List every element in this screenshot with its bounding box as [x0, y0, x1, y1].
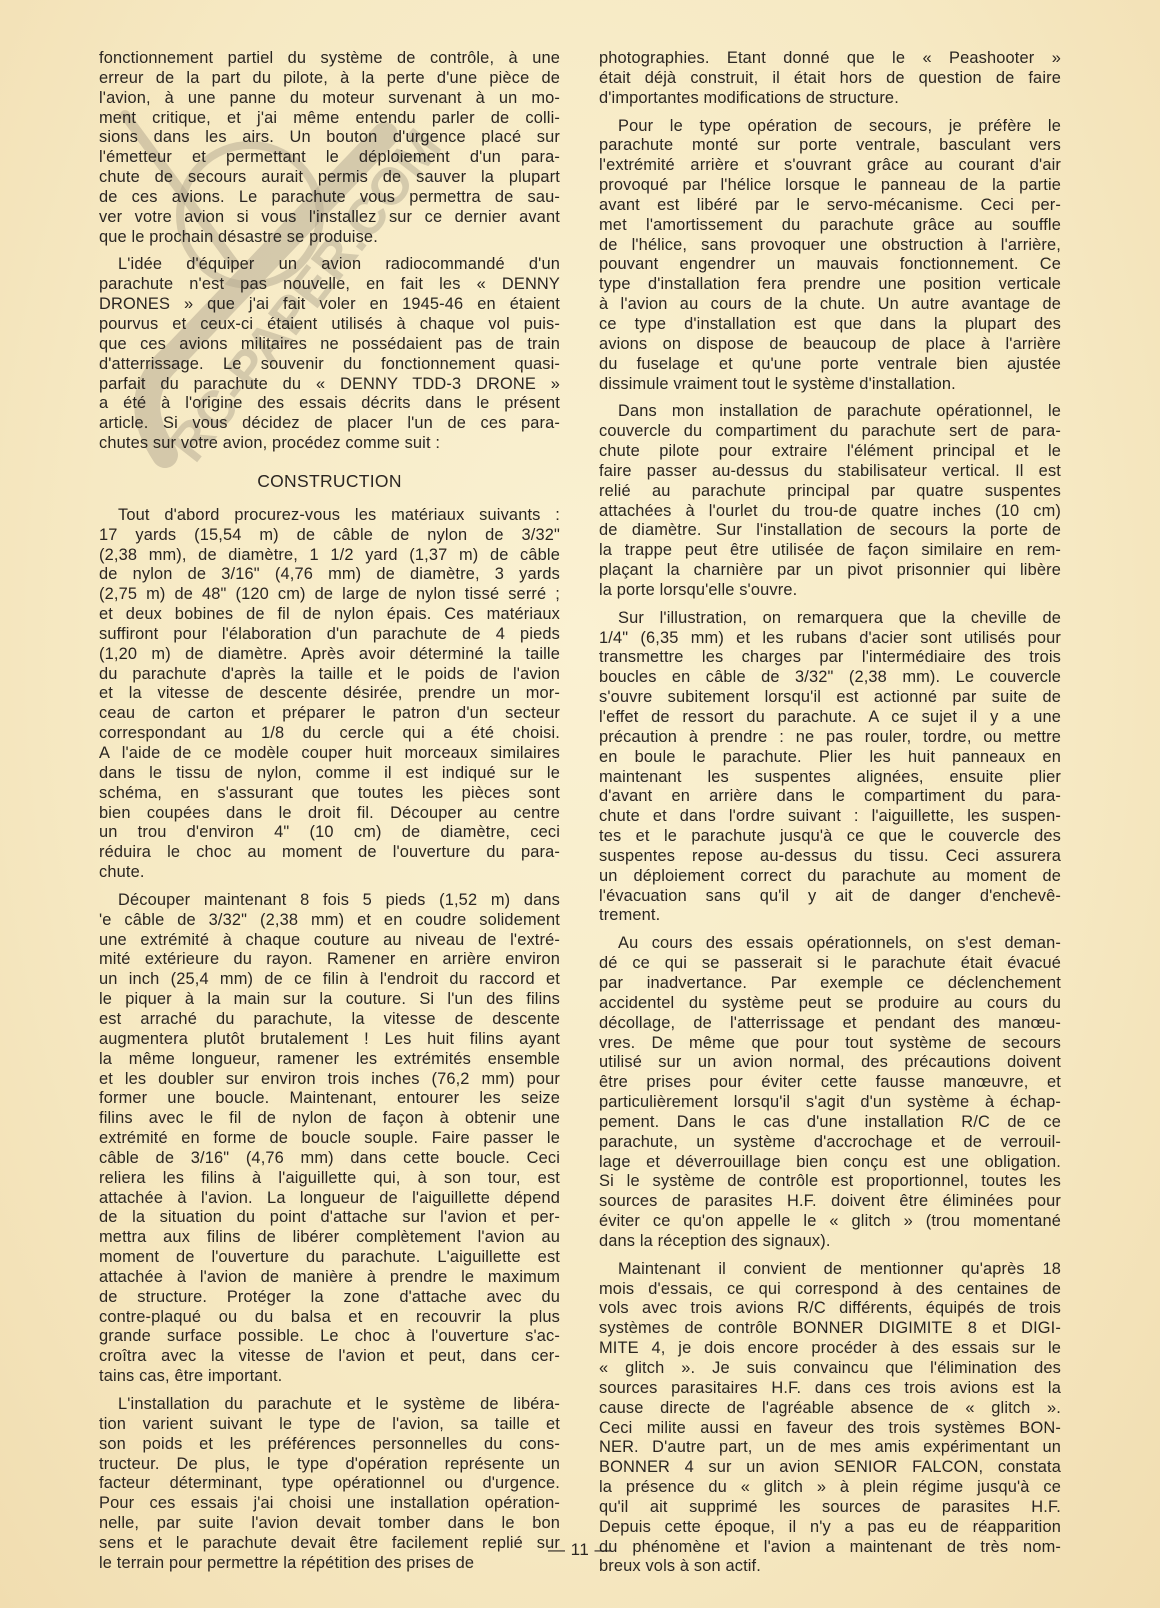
text-line: pouvant engendrer un mauvais fonctionnem… [599, 255, 1061, 275]
text-line: éviter ce qu'on appelle le « glitch » (t… [599, 1212, 1061, 1232]
text-line: câble de 3/16" (4,76 mm) dans cette bouc… [99, 1149, 560, 1169]
text-line: sources parasitaires H.F. dans ces trois… [599, 1379, 1061, 1399]
text-line: provoqué par l'hélice lorsque le panneau… [599, 176, 1061, 196]
text-line: est arraché du parachute, la vitesse de … [99, 1010, 560, 1030]
text-line: DRONES » que j'ai fait voler en 1945-46 … [99, 295, 560, 315]
text-line: augmentera plutôt brutalement ! Les huit… [99, 1030, 560, 1050]
text-line: breux vols à son actif. [599, 1557, 1061, 1577]
text-line: par inadvertance. Par exemple ce déclenc… [599, 974, 1061, 994]
text-line: d'avant en arrière dans le compartiment … [599, 787, 1061, 807]
text-line: la même longueur, ramener les extrémités… [99, 1050, 560, 1070]
text-line: moment de l'ouverture du parachute. L'ai… [99, 1248, 560, 1268]
text-line: de ces avions. Le parachute vous permett… [99, 188, 560, 208]
text-line: relié au parachute principal par quatre … [599, 482, 1061, 502]
text-line: accidentel du système peut se produire a… [599, 994, 1061, 1014]
page-number: — 11 — [0, 1540, 1160, 1560]
text-line: contre-plaqué ou du balsa et en recouvri… [99, 1308, 560, 1328]
text-line: l'émetteur et permettant le déploiement … [99, 148, 560, 168]
text-line: attachée à l'avion. La longueur de l'aig… [99, 1189, 560, 1209]
section-heading: CONSTRUCTION [99, 472, 560, 494]
text-line: (1,20 m) de diamètre. Après avoir déterm… [99, 645, 560, 665]
text-line: pourvus et ceux-ci étaient utilisés à ch… [99, 315, 560, 335]
text-line: avions on dispose de beaucoup de place à… [599, 335, 1061, 355]
text-line: grande surface possible. Le choc à l'ouv… [99, 1327, 560, 1347]
text-line: chute et dans l'ordre suivant : l'aiguil… [599, 807, 1061, 827]
text-line: suffiront pour l'élaboration d'un parach… [99, 625, 560, 645]
text-line: tes et le parachute jusqu'à ce que le co… [599, 827, 1061, 847]
text-line: ment critique, et j'ai même entendu parl… [99, 109, 560, 129]
text-line: chute pilote pour extraire l'élément pri… [599, 442, 1061, 462]
text-line: dans la réception des signaux). [599, 1232, 1061, 1252]
text-line: avant est libéré par le servo-mécanisme.… [599, 196, 1061, 216]
text-line: facteur déterminant, type opérationnel o… [99, 1474, 560, 1494]
text-line: attachées à l'ourlet du trou-de quatre i… [599, 502, 1061, 522]
paragraph: Dans mon installation de parachute opéra… [599, 402, 1061, 600]
text-line: mité extérieure du rayon. Ramener en arr… [99, 950, 560, 970]
text-line: mois d'essais, ce qui correspond à des c… [599, 1280, 1061, 1300]
left-column: fonctionnement partiel du système de con… [99, 49, 560, 1582]
text-line: met l'amortissement du parachute grâce a… [599, 216, 1061, 236]
text-line: mettra aux filins de libérer complètemen… [99, 1228, 560, 1248]
text-line: du fuselage et qu'une porte ventrale bie… [599, 355, 1061, 375]
text-line: et la vitesse de descente désirée, prend… [99, 684, 560, 704]
text-line: à l'avion au cours de la chute. Un autre… [599, 295, 1061, 315]
text-line: l'avion, à une panne du moteur survenant… [99, 89, 560, 109]
text-line: tains cas, être important. [99, 1367, 560, 1387]
right-column: photographies. Etant donné que le « Peas… [599, 49, 1061, 1585]
text-line: L'installation du parachute et le systèm… [99, 1395, 560, 1415]
text-line: Maintenant il convient de mentionner qu'… [599, 1260, 1061, 1280]
text-line: BONNER 4 sur un avion SENIOR FALCON, con… [599, 1458, 1061, 1478]
text-line: tructeur. De plus, le type d'opération r… [99, 1455, 560, 1475]
text-line: parachute n'est pas nouvelle, en fait le… [99, 275, 560, 295]
text-line: plaçant la charnière par un pivot prison… [599, 561, 1061, 581]
text-line: sions dans les airs. Un bouton d'urgence… [99, 128, 560, 148]
text-line: parachute, un système d'accrochage et de… [599, 1133, 1061, 1153]
paragraph: Sur l'illustration, on remarquera que la… [599, 609, 1061, 927]
text-line: systèmes de contrôle BONNER DIGIMITE 8 e… [599, 1319, 1061, 1339]
text-line: former une boucle. Maintenant, entourer … [99, 1089, 560, 1109]
text-line: ce type d'installation est que dans la p… [599, 315, 1061, 335]
text-line: sources de parasites H.F. doivent être é… [599, 1192, 1061, 1212]
text-line: d'importantes modifications de structure… [599, 89, 1061, 109]
text-line: dissimule vraiment tout le système d'ins… [599, 375, 1061, 395]
paragraph: Pour le type opération de secours, je pr… [599, 117, 1061, 395]
text-line: a été à l'origine des essais décrits dan… [99, 394, 560, 414]
text-line: bien coupées dans le droit fil. Découper… [99, 804, 560, 824]
text-line: Découper maintenant 8 fois 5 pieds (1,52… [99, 891, 560, 911]
text-line: d'atterrissage. Le souvenir du fonctionn… [99, 355, 560, 375]
text-line: nelle, par suite l'avion devait tomber d… [99, 1514, 560, 1534]
paragraph: Découper maintenant 8 fois 5 pieds (1,52… [99, 891, 560, 1387]
text-line: particulièrement lorsqu'il s'agit d'un s… [599, 1093, 1061, 1113]
text-line: utilisé sur un avion normal, des précaut… [599, 1053, 1061, 1073]
text-line: ceau de carton et préparer le patron d'u… [99, 704, 560, 724]
text-line: couvercle du compartiment du parachute s… [599, 422, 1061, 442]
text-line: parfait du parachute du « DENNY TDD-3 DR… [99, 375, 560, 395]
paragraph: fonctionnement partiel du système de con… [99, 49, 560, 247]
text-line: la présence du « glitch » à plein régime… [599, 1478, 1061, 1498]
text-line: l'extrémité arrière et s'ouvrant grâce a… [599, 156, 1061, 176]
paragraph: L'idée d'équiper un avion radiocommandé … [99, 255, 560, 453]
text-line: un inch (25,4 mm) de ce filin à l'endroi… [99, 970, 560, 990]
text-line: un trou d'environ 4" (10 cm) de diamètre… [99, 823, 560, 843]
text-line: L'idée d'équiper un avion radiocommandé … [99, 255, 560, 275]
text-line: type d'installation fera prendre une pos… [599, 275, 1061, 295]
text-line: chutes sur votre avion, procédez comme s… [99, 434, 560, 454]
text-line: était déjà construit, il était hors de q… [599, 69, 1061, 89]
text-line: de nylon de 3/16" (4,76 mm) de diamètre,… [99, 565, 560, 585]
text-line: de l'hélice, sans provoquer une obstruct… [599, 236, 1061, 256]
paragraph: Tout d'abord procurez-vous les matériaux… [99, 506, 560, 883]
text-line: le piquer à la main sur la couture. Si l… [99, 990, 560, 1010]
text-line: A l'aide de ce modèle couper huit morcea… [99, 744, 560, 764]
text-line: parachute monté sur porte ventrale, basc… [599, 136, 1061, 156]
text-line: 1/4" (6,35 mm) et les rubans d'acier son… [599, 629, 1061, 649]
text-line: correspondant au 1/8 du cercle qui a été… [99, 724, 560, 744]
text-line: trement. [599, 906, 1061, 926]
text-line: pement. Dans le cas d'une installation R… [599, 1113, 1061, 1133]
text-line: reliera les filins à l'aiguillette qui, … [99, 1169, 560, 1189]
text-line: chute de secours aurait permis de sauver… [99, 168, 560, 188]
text-line: la trappe peut être utilisée de façon si… [599, 541, 1061, 561]
text-line: Depuis cette époque, il n'y a pas eu de … [599, 1518, 1061, 1538]
text-line: vols avec trois avions R/C différents, é… [599, 1299, 1061, 1319]
text-line: une extrémité à chaque couture au niveau… [99, 931, 560, 951]
text-line: Dans mon installation de parachute opéra… [599, 402, 1061, 422]
paragraph: Au cours des essais opérationnels, on s'… [599, 934, 1061, 1252]
text-line: cause directe de l'agréable absence de «… [599, 1399, 1061, 1419]
text-line: de la situation du point d'attache sur l… [99, 1208, 560, 1228]
text-line: lage et déverrouillage bien conçu est un… [599, 1153, 1061, 1173]
text-line: que ces avions militaires ne possédaient… [99, 335, 560, 355]
text-line: fonctionnement partiel du système de con… [99, 49, 560, 69]
text-line: tion varient suivant le type de l'avion,… [99, 1415, 560, 1435]
text-line: l'évacuation sans qu'il y ait de danger … [599, 887, 1061, 907]
text-line: Au cours des essais opérationnels, on s'… [599, 934, 1061, 954]
text-line: erreur de la part du pilote, à la perte … [99, 69, 560, 89]
text-line: qu'il ait supprimé les sources de parasi… [599, 1498, 1061, 1518]
text-line: de diamètre. Sur l'installation de secou… [599, 521, 1061, 541]
text-line: croîtra avec la vitesse de l'avion et pe… [99, 1347, 560, 1367]
text-line: de structure. Protéger la zone d'attache… [99, 1288, 560, 1308]
text-line: que le prochain désastre se produise. [99, 228, 560, 248]
text-line: vres. De même que pour tout système de s… [599, 1034, 1061, 1054]
text-line: schéma, en s'assurant que toutes les piè… [99, 784, 560, 804]
text-line: article. Si vous décidez de placer l'un … [99, 414, 560, 434]
text-line: filins avec le fil de nylon de façon à o… [99, 1109, 560, 1129]
text-line: dé ce qui se passerait si le parachute é… [599, 954, 1061, 974]
text-line: précaution à prendre : ne pas rouler, to… [599, 728, 1061, 748]
paragraph: Maintenant il convient de mentionner qu'… [599, 1260, 1061, 1578]
text-line: Pour ces essais j'ai choisi une installa… [99, 1494, 560, 1514]
text-line: être prises pour éviter cette fausse man… [599, 1073, 1061, 1093]
text-line: (2,38 mm), de diamètre, 1 1/2 yard (1,37… [99, 546, 560, 566]
magazine-page: RC-PAPER.COM fonctionnement partiel du s… [0, 0, 1160, 1608]
text-line: MITE 4, je dois encore procéder à des es… [599, 1339, 1061, 1359]
text-line: faire passer au-dessus du stabilisateur … [599, 462, 1061, 482]
text-line: 17 yards (15,54 m) de câble de nylon de … [99, 526, 560, 546]
text-line: l'effet de ressort du parachute. A ce su… [599, 708, 1061, 728]
text-line: s'ouvre subitement lorsqu'il est actionn… [599, 688, 1061, 708]
text-line: chute. [99, 863, 560, 883]
text-line: attachée à l'avion de manière à prendre … [99, 1268, 560, 1288]
text-line: NER. D'autre part, un de mes amis expéri… [599, 1438, 1061, 1458]
text-line: un déploiement correct du parachute au m… [599, 867, 1061, 887]
text-line: réduira le choc au moment de l'ouverture… [99, 843, 560, 863]
text-line: son poids et les préférences personnelle… [99, 1435, 560, 1455]
text-line: transmettre les charges par l'intermédia… [599, 648, 1061, 668]
text-line: Pour le type opération de secours, je pr… [599, 117, 1061, 137]
text-line: dans le tissu de nylon, comme il est ind… [99, 764, 560, 784]
text-line: et deux bobines de fil de nylon épais. C… [99, 605, 560, 625]
text-line: Ceci milite aussi en faveur des trois sy… [599, 1419, 1061, 1439]
text-line: suspentes repose au-dessus du tissu. Cec… [599, 847, 1061, 867]
text-line: la porte lorsqu'elle s'ouvre. [599, 581, 1061, 601]
text-line: décollage, de l'atterrissage et pendant … [599, 1014, 1061, 1034]
text-line: (2,75 m) de 48" (120 cm) de large de nyl… [99, 585, 560, 605]
text-line: du parachute d'après la taille et le poi… [99, 665, 560, 685]
text-line: photographies. Etant donné que le « Peas… [599, 49, 1061, 69]
text-line: maintenant les suspentes alignées, ensui… [599, 768, 1061, 788]
text-line: en boule le parachute. Plier les huit pa… [599, 748, 1061, 768]
text-line: Sur l'illustration, on remarquera que la… [599, 609, 1061, 629]
text-line: 'e câble de 3/32" (2,38 mm) et en coudre… [99, 911, 560, 931]
text-line: Tout d'abord procurez-vous les matériaux… [99, 506, 560, 526]
text-line: extrémité en forme de boucle souple. Fai… [99, 1129, 560, 1149]
text-line: « glitch ». Je suis convaincu que l'élim… [599, 1359, 1061, 1379]
text-line: et les doubler sur environ trois inches … [99, 1070, 560, 1090]
text-line: ver votre avion si vous l'installez sur … [99, 208, 560, 228]
text-line: Si le système de contrôle est proportion… [599, 1172, 1061, 1192]
text-line: boucles en câble de 3/32" (2,38 mm). Le … [599, 668, 1061, 688]
paragraph: photographies. Etant donné que le « Peas… [599, 49, 1061, 109]
